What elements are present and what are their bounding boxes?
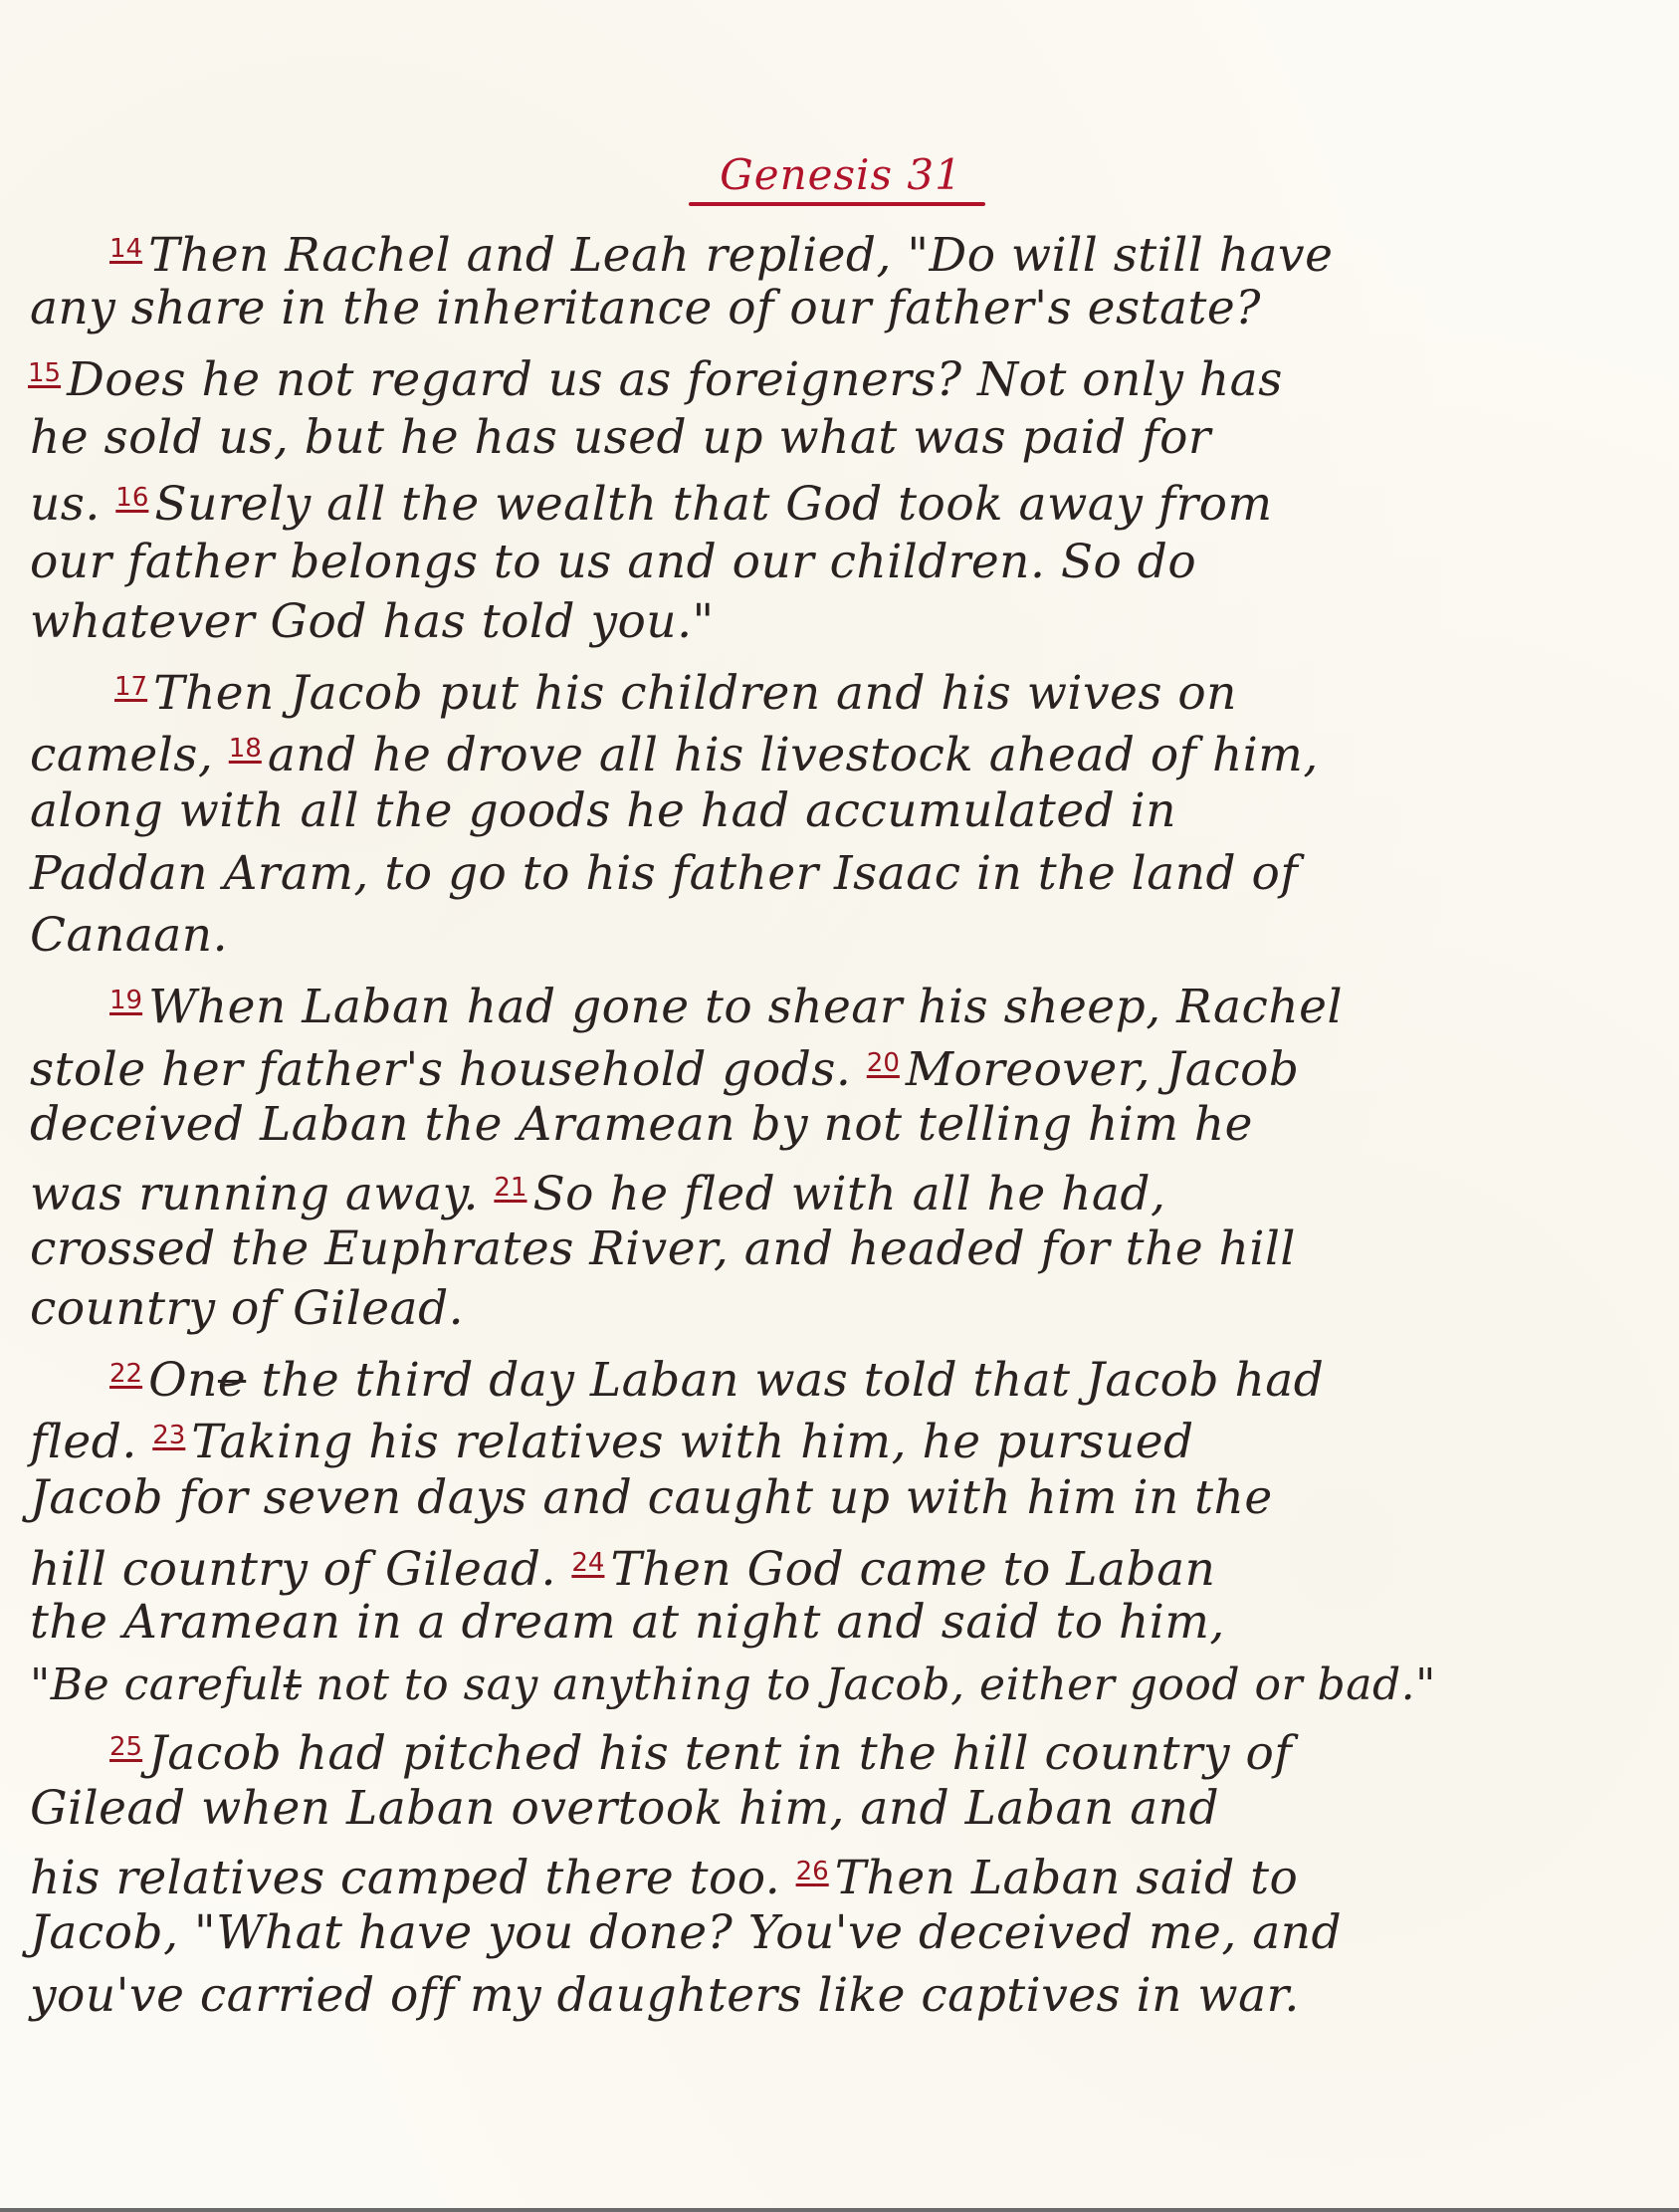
verse-text: us. — [30, 477, 115, 532]
text-line: fled. 23Taking his relatives with him, h… — [30, 1406, 1194, 1472]
verse-text: along with all the goods he had accumula… — [30, 783, 1176, 838]
verse-number: 22 — [109, 1359, 142, 1389]
verse-text: fled. — [30, 1415, 152, 1469]
text-line: hill country of Gilead. 24Then God came … — [30, 1533, 1215, 1600]
text-line: 19When Laban had gone to shear his sheep… — [109, 971, 1343, 1037]
verse-number: 17 — [114, 672, 147, 702]
verse-number: 19 — [109, 986, 142, 1015]
text-line: the Aramean in a dream at night and said… — [30, 1593, 1225, 1653]
text-line: 25Jacob had pitched his tent in the hill… — [109, 1717, 1292, 1784]
verse-text: Taking his relatives with him, he pursue… — [191, 1415, 1193, 1469]
text-line: our father belongs to us and our childre… — [30, 533, 1196, 592]
text-line: camels, 18and he drove all his livestock… — [30, 719, 1319, 785]
verse-number: 26 — [796, 1857, 829, 1886]
verse-text: "Be careful — [30, 1659, 284, 1710]
verse-text: Surely all the wealth that God took away… — [154, 477, 1272, 532]
text-line: his relatives camped there too. 26Then L… — [30, 1842, 1298, 1908]
verse-text: whatever God has told you." — [30, 594, 715, 649]
text-line: country of Gilead. — [30, 1279, 464, 1339]
verse-text: Gilead when Laban overtook him, and Laba… — [30, 1781, 1219, 1836]
verse-number: 18 — [229, 734, 262, 764]
struck-letter: t — [284, 1659, 302, 1710]
verse-text: he sold us, but he has used up what was … — [30, 410, 1211, 465]
text-line: "Be carefult not to say anything to Jaco… — [30, 1656, 1436, 1715]
verse-text: Jacob for seven days and caught up with … — [30, 1470, 1273, 1525]
text-line: stole her father's household gods. 20Mor… — [30, 1033, 1300, 1100]
verse-text: the Aramean in a dream at night and said… — [30, 1595, 1225, 1650]
verse-text: Then God came to Laban — [610, 1542, 1215, 1597]
text-line: was running away. 21So he fled with all … — [30, 1158, 1165, 1224]
verse-number: 16 — [115, 483, 148, 513]
verse-text: Then Jacob put his children and his wive… — [153, 666, 1237, 721]
text-line: deceived Laban the Aramean by not tellin… — [30, 1095, 1253, 1155]
page-title: Genesis 31 — [697, 147, 985, 203]
verse-text: country of Gilead. — [30, 1281, 464, 1336]
verse-text: So he fled with all he had, — [532, 1167, 1165, 1221]
verse-number: 14 — [109, 234, 142, 264]
verse-text: and he drove all his livestock ahead of … — [268, 728, 1319, 782]
text-line: us. 16Surely all the wealth that God too… — [30, 468, 1273, 535]
verse-text: his relatives camped there too. — [30, 1851, 796, 1905]
verse-text: crossed the Euphrates River, and headed … — [30, 1221, 1296, 1276]
verse-text: When Laban had gone to shear his sheep, … — [148, 980, 1343, 1034]
verse-text: the third day Laban was told that Jacob … — [246, 1353, 1324, 1408]
struck-letter: e — [218, 1353, 246, 1408]
text-line: he sold us, but he has used up what was … — [30, 408, 1211, 468]
text-line: 22One the third day Laban was told that … — [109, 1344, 1324, 1411]
verse-text: stole her father's household gods. — [30, 1042, 867, 1097]
verse-text: On — [148, 1353, 218, 1408]
verse-text: Does he not regard us as foreigners? Not… — [67, 352, 1283, 407]
text-line: whatever God has told you." — [30, 592, 715, 652]
text-line: Jacob, "What have you done? You've decei… — [30, 1903, 1342, 1963]
verse-text: hill country of Gilead. — [30, 1542, 571, 1597]
verse-text: Jacob, "What have you done? You've decei… — [30, 1905, 1342, 1960]
text-line: Canaan. — [30, 906, 228, 966]
verse-number: 15 — [28, 358, 61, 388]
verse-text: camels, — [30, 728, 229, 782]
verse-text: Then Rachel and Leah replied, "Do will s… — [148, 228, 1333, 283]
title-underline — [689, 202, 985, 206]
text-line: Paddan Aram, to go to his father Isaac i… — [30, 844, 1298, 904]
scan-bottom-edge — [0, 2208, 1679, 2212]
text-line: 15Does he not regard us as foreigners? N… — [28, 343, 1283, 410]
verse-text: Paddan Aram, to go to his father Isaac i… — [30, 846, 1298, 901]
verse-number: 24 — [571, 1548, 604, 1578]
text-line: any share in the inheritance of our fath… — [30, 279, 1261, 338]
verse-number: 23 — [152, 1421, 185, 1450]
text-line: Gilead when Laban overtook him, and Laba… — [30, 1779, 1219, 1839]
text-line: 14Then Rachel and Leah replied, "Do will… — [109, 219, 1333, 286]
handwritten-page: Genesis 31 14Then Rachel and Leah replie… — [0, 0, 1679, 2212]
verse-number: 20 — [867, 1048, 900, 1078]
verse-number: 25 — [109, 1732, 142, 1762]
verse-text: Jacob had pitched his tent in the hill c… — [148, 1726, 1292, 1781]
verse-text: our father belongs to us and our childre… — [30, 535, 1196, 589]
text-line: 17Then Jacob put his children and his wi… — [114, 657, 1237, 724]
text-line: crossed the Euphrates River, and headed … — [30, 1219, 1296, 1279]
verse-text: Moreover, Jacob — [906, 1042, 1300, 1097]
verse-text: you've carried off my daughters like cap… — [30, 1968, 1300, 2023]
text-line: along with all the goods he had accumula… — [30, 781, 1176, 841]
verse-text: Then Laban said to — [835, 1851, 1299, 1905]
verse-number: 21 — [494, 1173, 526, 1203]
text-line: Jacob for seven days and caught up with … — [30, 1468, 1273, 1528]
verse-text: Canaan. — [30, 908, 228, 963]
verse-text: was running away. — [30, 1167, 494, 1221]
verse-text: any share in the inheritance of our fath… — [30, 281, 1261, 335]
verse-text: deceived Laban the Aramean by not tellin… — [30, 1097, 1253, 1152]
text-line: you've carried off my daughters like cap… — [30, 1966, 1300, 2026]
verse-text: not to say anything to Jacob, either goo… — [302, 1659, 1436, 1710]
